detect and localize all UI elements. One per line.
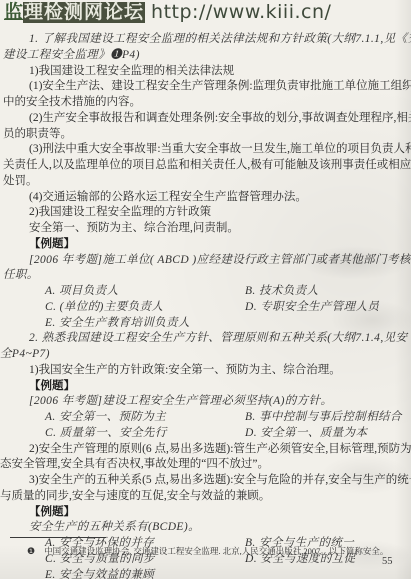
option-left: C. (单位的)主要负责人 <box>45 300 245 316</box>
text-line: 中的安全技术措施的内容。 <box>0 95 411 111</box>
text-line: 3)安全生产的五种关系(5 点,易出多选题):安全与危险的并存,安全与生产的统一… <box>0 473 411 489</box>
watermark-url: http://www.kiii.cn/ <box>151 1 331 23</box>
options-row: E. 安全与效益的兼顾 <box>0 568 411 579</box>
text-line: 员的职责等。 <box>0 127 411 143</box>
text-line: 态安全管理,安全具有否决权,事故处理的“四不放过”。 <box>0 457 411 473</box>
exam-question-line: 安全生产的五种关系有(BCDE)。 <box>0 520 411 536</box>
option-left: E. 安全生产教育培训负责人 <box>45 316 245 332</box>
footnote-divider <box>10 537 106 538</box>
watermark: 监理检测网论坛http://www.kiii.cn/ <box>4 1 331 24</box>
text-line: 2. 熟悉我国建设工程安全生产方针、管理原则和五种关系(大纲7.1.4,见安 <box>0 331 411 347</box>
text-line: (2)生产安全事故报告和调查处理条例:安全事故的划分,事故调查处理程序,相关人 <box>0 111 411 127</box>
exam-question-line: [2006 年考题]施工单位( ABCD )应经建设行政主管部门或者其他部门考核… <box>0 253 411 269</box>
option-right: D. 安全第一、质量为本 <box>245 426 367 442</box>
text-line: 与质量的同步,安全与速度的互促,安全与效益的兼顾。 <box>0 489 411 505</box>
options-row: C. 质量第一、安全先行D. 安全第一、质量为本 <box>0 426 411 442</box>
text-line: (3)刑法中重大安全事故罪:当重大安全事故一旦发生,施工单位的项目负责人和有 <box>0 142 411 158</box>
footnote-marker: ❶ <box>27 546 35 556</box>
options-row: E. 安全生产教育培训负责人 <box>0 316 411 332</box>
text-line: 1. 了解我国建设工程安全监理的相关法律法规和方针政策(大纲7.1.1,见《交通 <box>0 32 411 48</box>
footnote-text: 中国交通建设监理协会. 交通建设工程安全监理. 北京,人民交通出版社,2007。… <box>44 546 388 556</box>
example-heading: 【例题】 <box>0 379 411 395</box>
option-right: D. 专职安全生产管理人员 <box>245 300 379 316</box>
text-line: 全P4~P7) <box>0 347 411 363</box>
option-right: B. 技术负责人 <box>245 284 318 300</box>
text-line: 处罚。 <box>0 174 411 190</box>
example-heading: 【例题】 <box>0 505 411 521</box>
example-heading: 【例题】 <box>0 237 411 253</box>
page-body: 1. 了解我国建设工程安全监理的相关法律法规和方针政策(大纲7.1.1,见《交通… <box>0 32 411 579</box>
option-left: E. 安全与效益的兼顾 <box>45 568 245 579</box>
option-left: C. 质量第一、安全先行 <box>45 426 245 442</box>
footnote: ❶中国交通建设监理协会. 交通建设工程安全监理. 北京,人民交通出版社,2007… <box>27 546 397 557</box>
watermark-site-name-first-char: 监 <box>4 2 23 23</box>
exam-question-line: [2006 年考题]建设工程安全生产管理必须坚持(A)的方针。 <box>0 394 411 410</box>
text-line: 安全第一、预防为主、综合治理,问责制。 <box>0 221 411 237</box>
text-line: (1)安全生产法、建设工程安全生产管理条例:监理负责审批施工单位施工组织设计 <box>0 79 411 95</box>
text-line: 建设工程安全监理》❶P4) <box>0 48 411 64</box>
options-row: A. 安全第一、预防为主B. 事中控制与事后控制相结合 <box>0 410 411 426</box>
text-line: 1)我国建设工程安全监理的相关法律法规 <box>0 64 411 80</box>
page-number: 55 <box>382 556 393 567</box>
option-left: A. 项目负责人 <box>45 284 245 300</box>
options-row: A. 项目负责人B. 技术负责人 <box>0 284 411 300</box>
text-line: 2)我国建设工程安全监理的方针政策 <box>0 205 411 221</box>
watermark-site-name-boxed: 理检测网论坛 <box>23 2 145 23</box>
exam-question-line: 任职。 <box>0 268 411 284</box>
option-right: B. 事中控制与事后控制相结合 <box>245 410 402 426</box>
options-row: C. (单位的)主要负责人D. 专职安全生产管理人员 <box>0 300 411 316</box>
option-left: A. 安全第一、预防为主 <box>45 410 245 426</box>
text-line: 1)我国安全生产的方针政策:安全第一、预防为主、综合治理。 <box>0 363 411 379</box>
scanned-page: 监理检测网论坛http://www.kiii.cn/ 1. 了解我国建设工程安全… <box>0 0 411 579</box>
text-line: 2)安全生产管理的原则(6 点,易出多选题):管生产必须管安全,目标管理,预防为… <box>0 442 411 458</box>
text-line: (4)交通运输部的公路水运工程安全生产监督管理办法。 <box>0 190 411 206</box>
text-line: 关责任人,以及监理单位的项目总监和相关责任人,极有可能触及该刑事责任或相应的 <box>0 158 411 174</box>
